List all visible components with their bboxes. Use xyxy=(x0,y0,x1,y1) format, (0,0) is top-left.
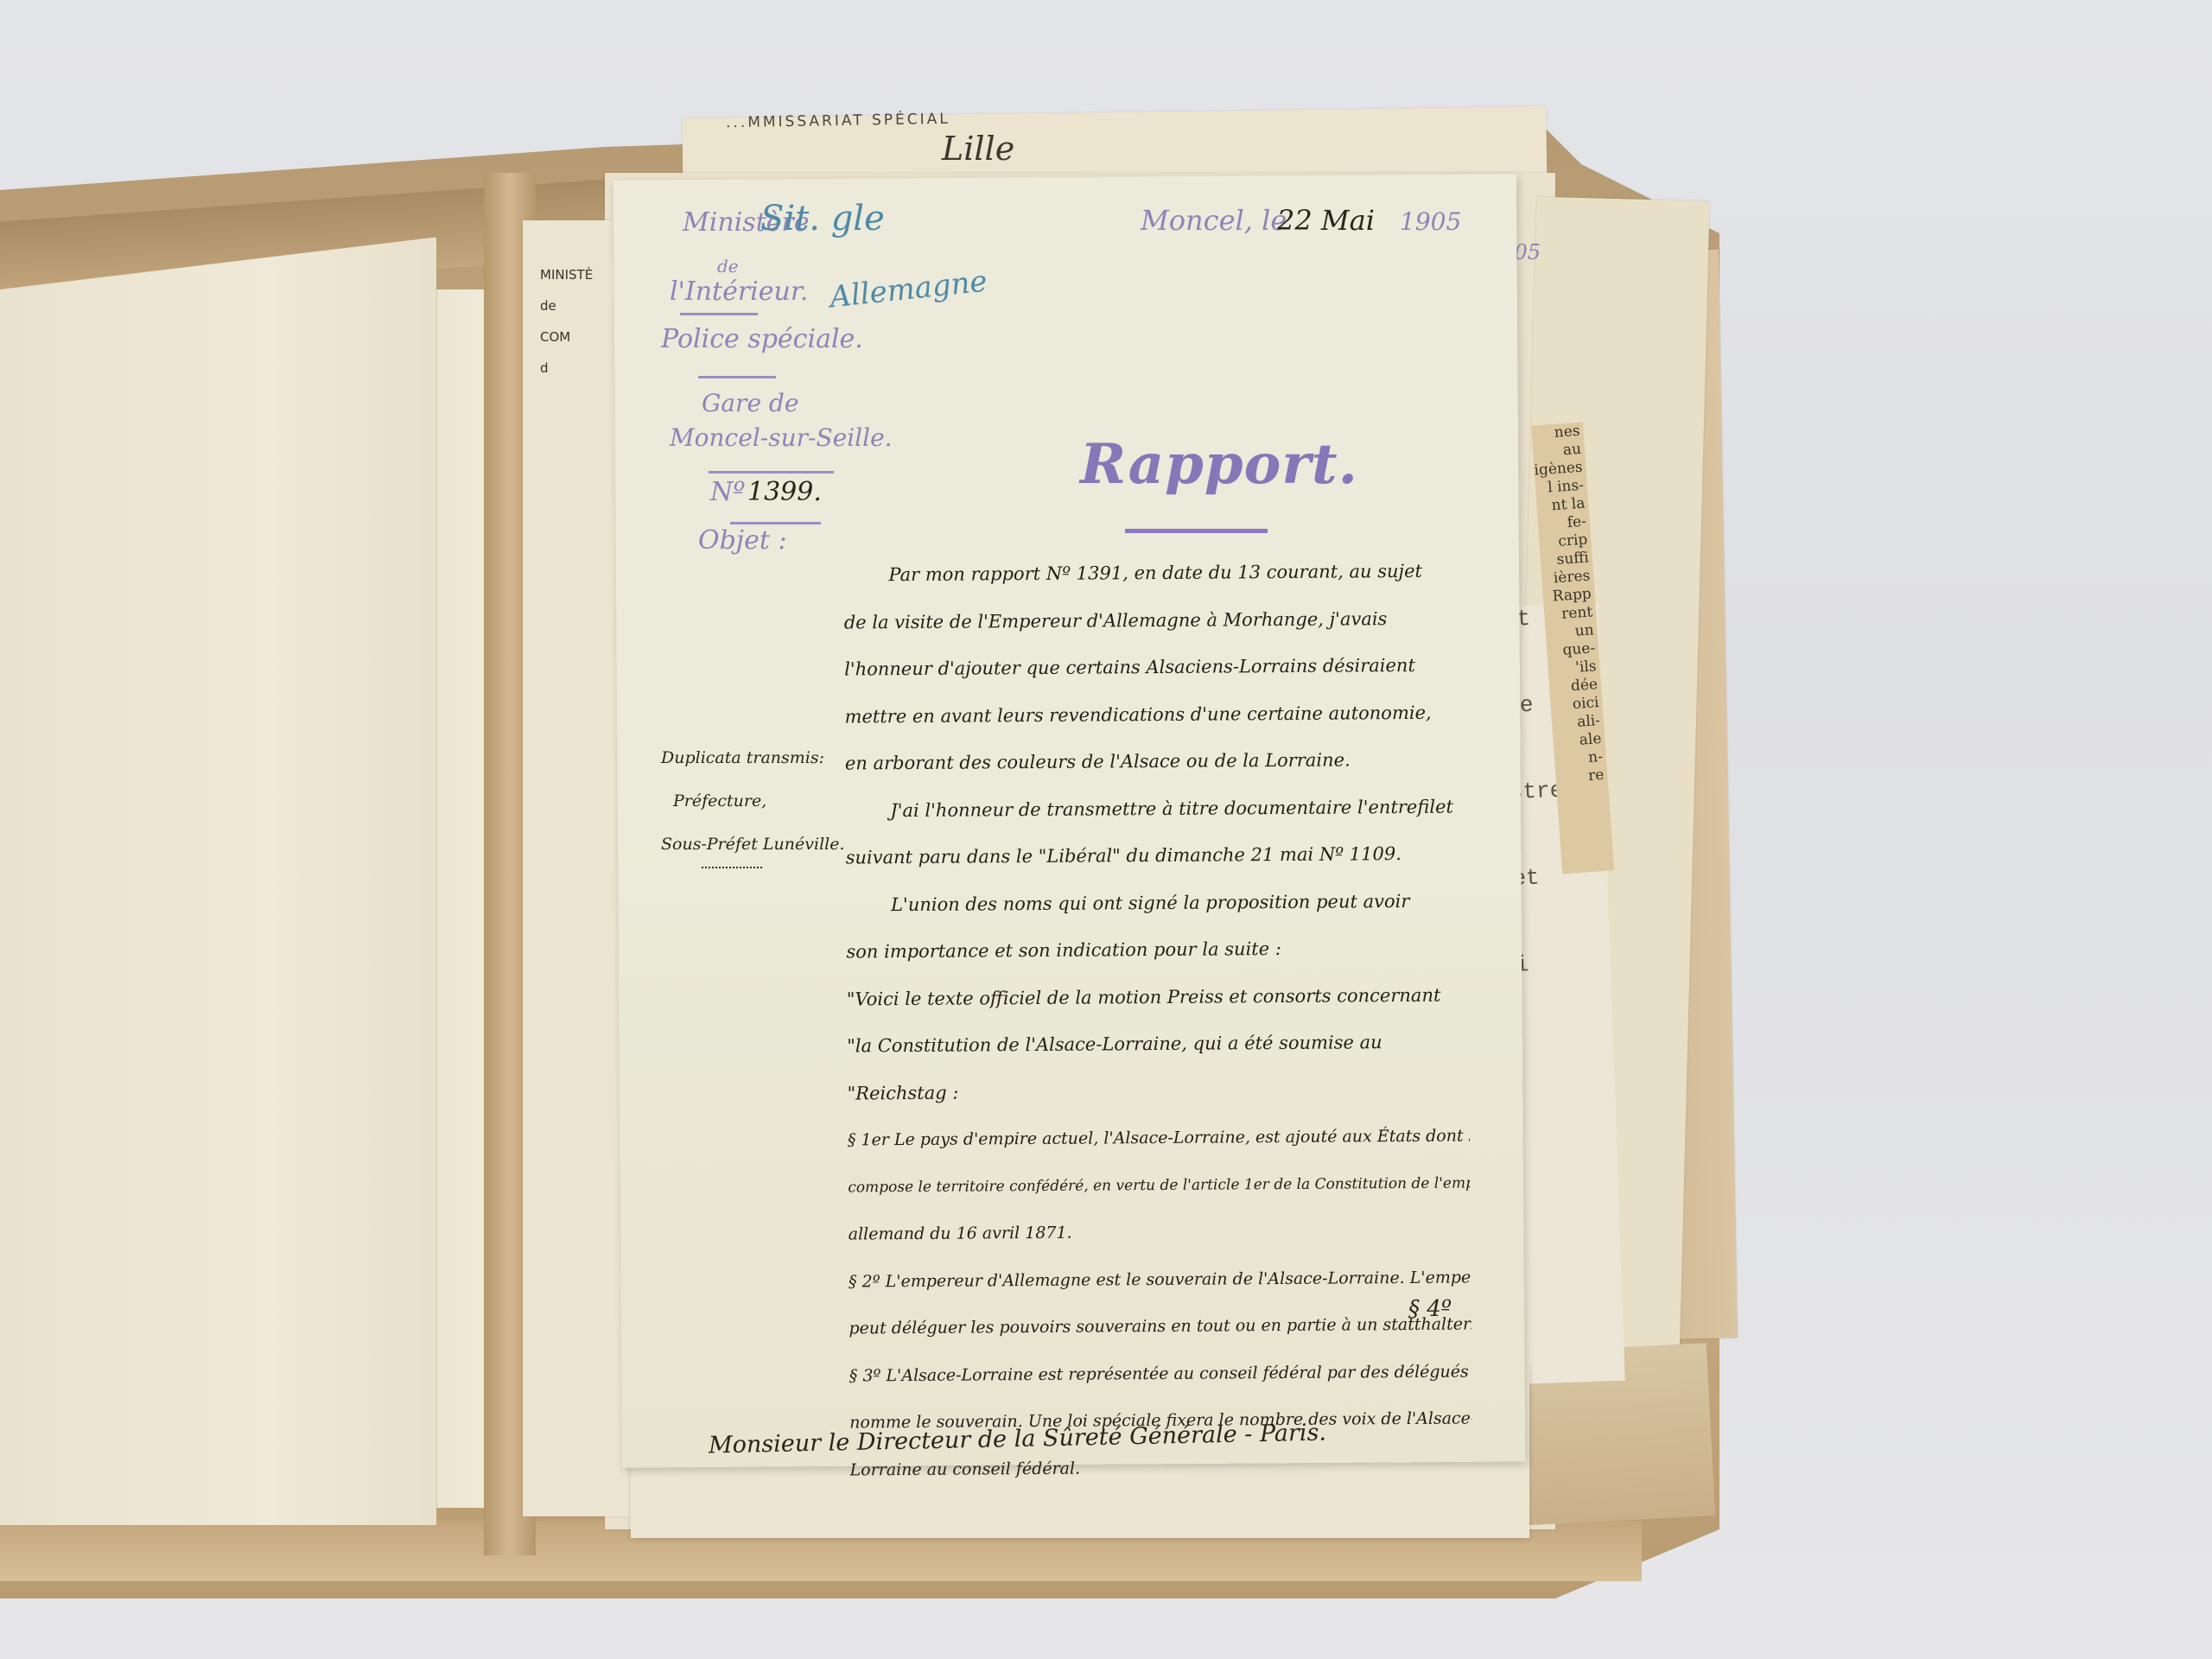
letterhead-police: Police spéciale. xyxy=(661,324,863,354)
letterhead-rule xyxy=(698,376,776,378)
stamp-handwritten: Lille xyxy=(942,130,1014,168)
report-title: Rapport. xyxy=(1080,432,1358,497)
body-line: L'union des noms qui ont signé la propos… xyxy=(846,877,1468,929)
title-underline xyxy=(1125,529,1268,533)
report-body: Par mon rapport Nº 1391, en date du 13 c… xyxy=(843,548,1472,1494)
clipping-word: nes au xyxy=(1531,423,1586,462)
body-line: allemand du 16 avril 1871. xyxy=(849,1206,1471,1258)
left-blank-page xyxy=(0,238,449,1525)
body-line: § 3º L'Alsace-Lorraine est représentée a… xyxy=(849,1348,1471,1400)
body-line: § 2º L'empereur d'Allemagne est le souve… xyxy=(849,1254,1471,1306)
margin-note-line: Duplicata transmis: xyxy=(661,736,845,779)
body-line: "la Constitution de l'Alsace-Lorraine, q… xyxy=(847,1018,1469,1070)
letterhead-interieur: l'Intérieur. xyxy=(670,276,808,307)
letterhead-rule xyxy=(680,313,758,315)
body-line: compose le territoire confédéré, en vert… xyxy=(848,1160,1470,1211)
body-line: en arborant des couleurs de l'Alsace ou … xyxy=(845,735,1467,787)
body-line: peut déléguer les pouvoirs souverains en… xyxy=(849,1300,1471,1352)
body-line: son importance et son indication pour la… xyxy=(846,924,1468,976)
margin-note-line: Préfecture, xyxy=(661,779,845,823)
objet-label: Objet : xyxy=(698,525,787,556)
left-header-line: de xyxy=(540,290,593,321)
letterhead-rule xyxy=(709,471,834,474)
typed-fragment: i xyxy=(1515,949,1611,978)
body-line: J'ai l'honneur de transmettre à titre do… xyxy=(845,783,1467,835)
left-sheet-header: MINISTÈ de COM d xyxy=(540,259,593,384)
margin-note: Duplicata transmis: Préfecture, Sous-Pré… xyxy=(661,736,845,866)
left-header-line: MINISTÈ xyxy=(540,259,593,290)
dateline-year: 1905 xyxy=(1400,207,1461,236)
left-header-line: COM xyxy=(540,321,593,353)
left-header-line: d xyxy=(540,353,593,384)
body-line: Par mon rapport Nº 1391, en date du 13 c… xyxy=(843,548,1465,600)
dateline-date: 22 Mai xyxy=(1277,204,1375,237)
report-number-value: 1399. xyxy=(747,477,822,507)
dateline-place: Moncel, le xyxy=(1141,204,1287,237)
clipping-word: re xyxy=(1555,766,1608,788)
body-line: l'honneur d'ajouter que certains Alsacie… xyxy=(844,641,1466,693)
continuation-mark: § 4º xyxy=(1408,1296,1452,1322)
body-line: de la visite de l'Empereur d'Allemagne à… xyxy=(844,594,1466,646)
margin-flourish xyxy=(702,864,762,868)
letterhead-station: Moncel-sur-Seille. xyxy=(670,423,893,452)
letterhead-rule xyxy=(730,522,821,524)
body-line: § 1er Le pays d'empire actuel, l'Alsace-… xyxy=(848,1112,1470,1164)
letterhead-de: de xyxy=(717,256,739,276)
body-line: "Reichstag : xyxy=(847,1065,1469,1117)
blue-annotation-sitgle: Sit. gle xyxy=(760,199,885,238)
body-line: mettre en avant leurs revendications d'u… xyxy=(844,689,1466,741)
body-line: "Voici le texte officiel de la motion Pr… xyxy=(847,971,1469,1023)
margin-note-line: Sous-Préfet Lunéville. xyxy=(661,823,845,866)
report-number-label: Nº xyxy=(710,477,745,507)
letterhead-gare: Gare de xyxy=(702,389,798,417)
body-line: suivant paru dans le "Libéral" du dimanc… xyxy=(845,829,1467,881)
